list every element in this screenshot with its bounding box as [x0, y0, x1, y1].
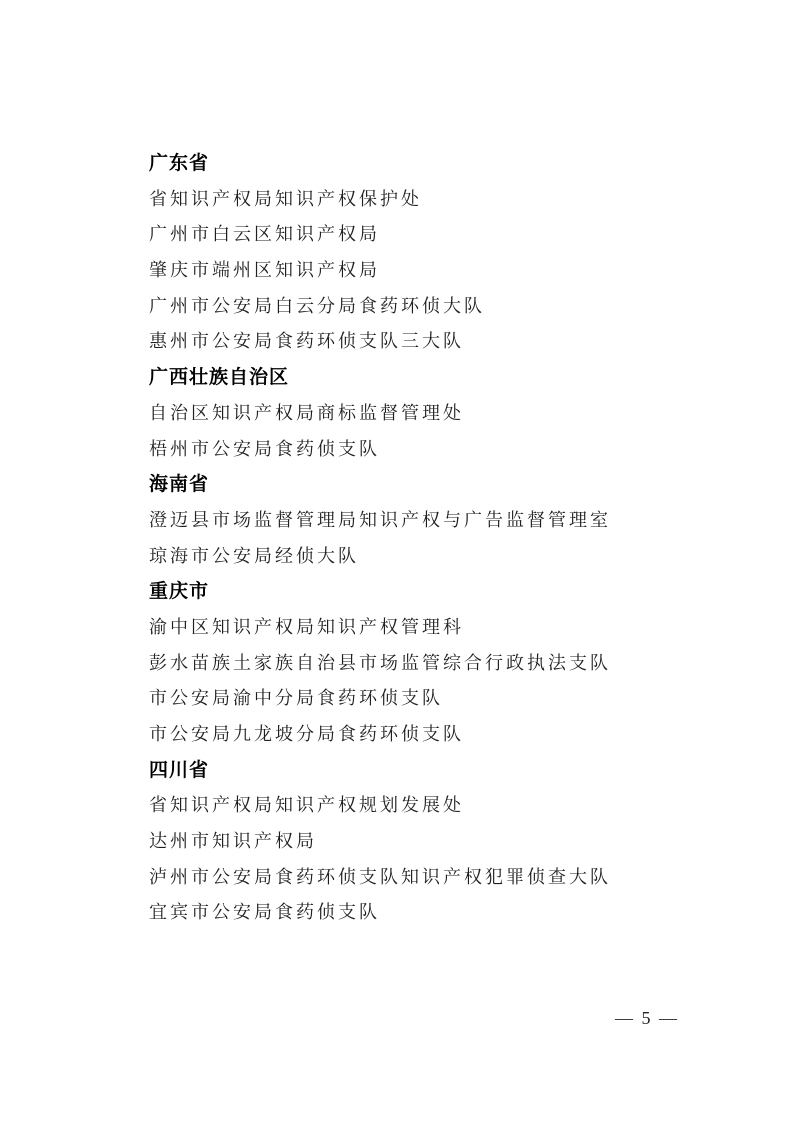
org-entry: 宜宾市公安局食药侦支队 [149, 895, 709, 931]
province-heading-guangxi: 广西壮族自治区 [149, 360, 709, 396]
org-entry: 惠州市公安局食药环侦支队三大队 [149, 324, 709, 360]
province-heading-hainan: 海南省 [149, 467, 709, 503]
org-entry: 市公安局渝中分局食药环侦支队 [149, 681, 709, 717]
org-entry: 梧州市公安局食药侦支队 [149, 432, 709, 468]
org-entry: 广州市公安局白云分局食药环侦大队 [149, 289, 709, 325]
org-entry: 自治区知识产权局商标监督管理处 [149, 396, 709, 432]
org-entry: 省知识产权局知识产权规划发展处 [149, 788, 709, 824]
province-heading-guangdong: 广东省 [149, 146, 709, 182]
org-entry: 彭水苗族土家族自治县市场监管综合行政执法支队 [149, 646, 709, 682]
org-entry: 达州市知识产权局 [149, 824, 709, 860]
document-page: 广东省 省知识产权局知识产权保护处 广州市白云区知识产权局 肇庆市端州区知识产权… [0, 0, 793, 1122]
org-entry: 渝中区知识产权局知识产权管理科 [149, 610, 709, 646]
province-heading-sichuan: 四川省 [149, 753, 709, 789]
page-number: — 5 — [0, 1003, 679, 1033]
org-entry: 市公安局九龙坡分局食药环侦支队 [149, 717, 709, 753]
org-entry: 泸州市公安局食药环侦支队知识产权犯罪侦查大队 [149, 860, 709, 896]
agency-list: 广东省 省知识产权局知识产权保护处 广州市白云区知识产权局 肇庆市端州区知识产权… [149, 146, 709, 931]
org-entry: 广州市白云区知识产权局 [149, 217, 709, 253]
org-entry: 琼海市公安局经侦大队 [149, 539, 709, 575]
org-entry: 省知识产权局知识产权保护处 [149, 182, 709, 218]
org-entry: 澄迈县市场监督管理局知识产权与广告监督管理室 [149, 503, 709, 539]
province-heading-chongqing: 重庆市 [149, 574, 709, 610]
org-entry: 肇庆市端州区知识产权局 [149, 253, 709, 289]
